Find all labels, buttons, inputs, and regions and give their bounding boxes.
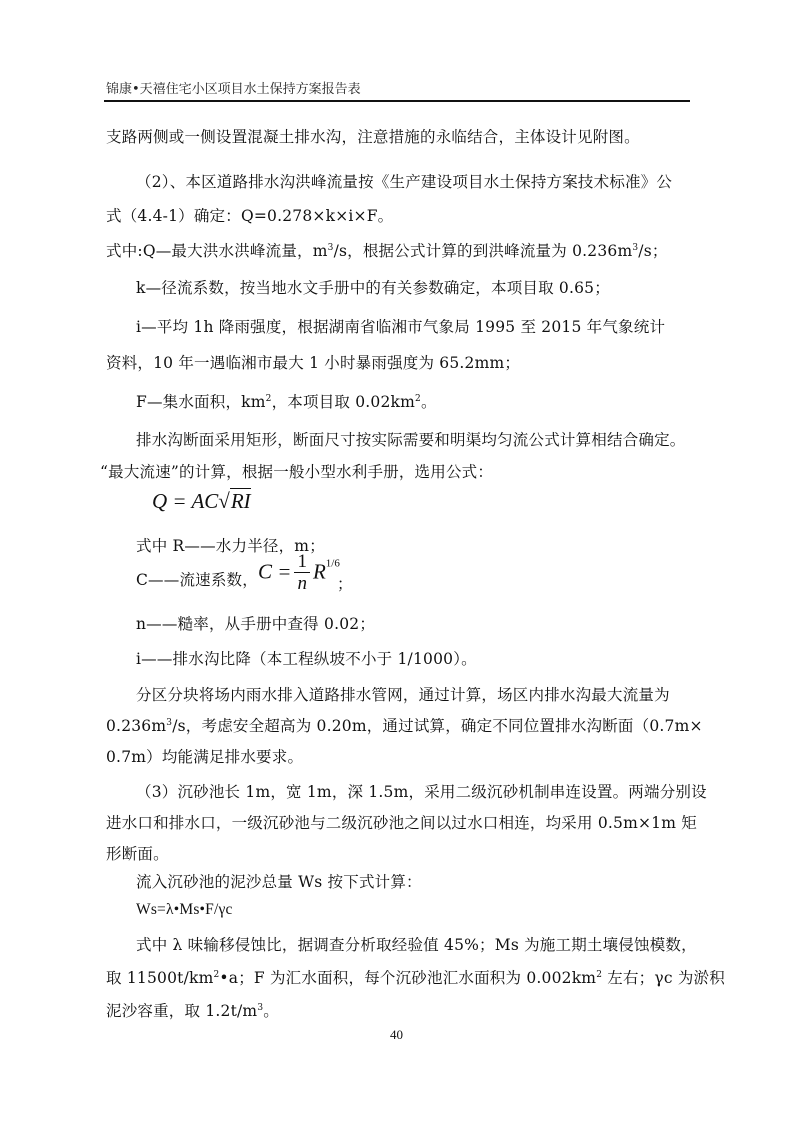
paragraph-line: “最大流速”的计算，根据一般小型水利手册，选用公式： bbox=[100, 460, 493, 482]
paragraph-line: 形断面。 bbox=[106, 842, 169, 864]
paragraph-line: （2）、本区道路排水沟洪峰流量按《生产建设项目水土保持方案技术标准》公 bbox=[136, 170, 672, 192]
paragraph-line: 0.7m）均能满足排水要求。 bbox=[106, 745, 303, 767]
running-header: 锦康•天禧住宅小区项目水土保持方案报告表 bbox=[106, 78, 361, 97]
paragraph-line: i—平均 1h 降雨强度，根据湖南省临湘市气象局 1995 至 2015 年气象… bbox=[136, 315, 665, 337]
page-number: 40 bbox=[0, 1027, 793, 1043]
formula-flow: Q = AC√RI bbox=[152, 489, 251, 514]
paragraph-line: C——流速系数， bbox=[136, 568, 258, 590]
paragraph-line: （3）沉砂池长 1m，宽 1m，深 1.5m，采用二级沉砂机制串连设置。两端分别… bbox=[136, 780, 707, 802]
paragraph-line: 式中:Q—最大洪水洪峰流量，m3/s，根据公式计算的到洪峰流量为 0.236m3… bbox=[106, 239, 668, 261]
paragraph-line: 资料，10 年一遇临湘市最大 1 小时暴雨强度为 65.2mm； bbox=[106, 351, 520, 373]
paragraph-line: 式（4.4-1）确定：Q=0.278×k×i×F。 bbox=[106, 204, 393, 226]
paragraph-line: 排水沟断面采用矩形，断面尺寸按实际需要和明渠均匀流公式计算相结合确定。 bbox=[136, 428, 686, 450]
paragraph-line: 泥沙容重，取 1.2t/m3。 bbox=[106, 999, 279, 1021]
paragraph-line: 0.236m3/s，考虑安全超高为 0.20m，通过试算，确定不同位置排水沟断面… bbox=[106, 714, 703, 736]
paragraph-line: F—集水面积，km2，本项目取 0.02km2。 bbox=[136, 390, 437, 412]
paragraph-line: 取 11500t/km2•a；F 为汇水面积，每个沉砂池汇水面积为 0.002k… bbox=[106, 966, 725, 988]
semicolon: ； bbox=[337, 572, 353, 594]
paragraph-line: k—径流系数，按当地水文手册中的有关参数确定，本项目取 0.65； bbox=[136, 276, 610, 298]
paragraph-line: 进水口和排水口，一级沉砂池与二级沉砂池之间以过水口相连，均采用 0.5m×1m … bbox=[106, 811, 697, 833]
paragraph-line: 分区分块将场内雨水排入道路排水管网，通过计算，场区内排水沟最大流量为 bbox=[136, 683, 670, 705]
paragraph-line: n——糙率，从手册中查得 0.02； bbox=[136, 612, 375, 634]
paragraph-line: i——排水沟比降（本工程纵坡不小于 1/1000）。 bbox=[136, 647, 477, 669]
paragraph-line: 支路两侧或一侧设置混凝土排水沟，注意措施的永临结合，主体设计见附图。 bbox=[106, 125, 640, 147]
paragraph-line: 流入沉砂池的泥沙总量 Ws 按下式计算： bbox=[136, 870, 422, 892]
formula-velocity-coefficient: C =1nR1/6 bbox=[258, 552, 340, 595]
paragraph-line: 式中 λ 味输移侵蚀比，据调查分析取经验值 45%；Ms 为施工期土壤侵蚀模数， bbox=[136, 933, 697, 955]
formula-sediment: Ws=λ•Ms•F/γc bbox=[136, 901, 233, 919]
header-rule bbox=[104, 100, 690, 102]
